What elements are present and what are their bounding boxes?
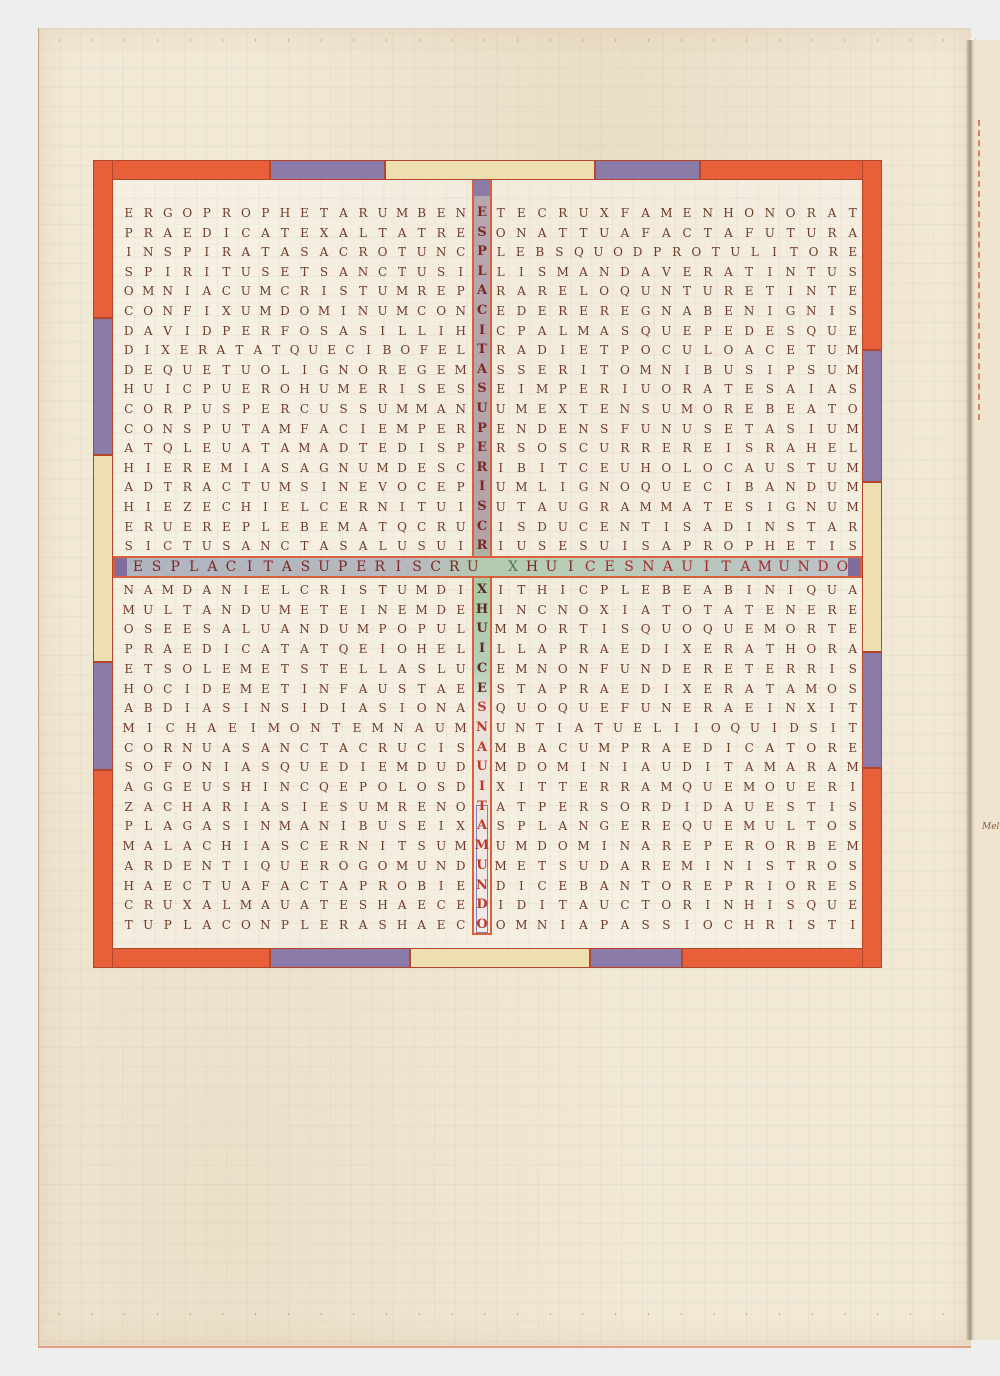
grid-letter: U [412,856,431,876]
grid-letter: L [158,600,177,620]
grid-letter: E [615,301,634,321]
grid-letter: A [657,536,676,556]
grid-letter: A [353,536,372,556]
grid-letter: R [636,738,655,758]
grid-letter: T [843,718,862,738]
grid-letter: E [739,281,758,301]
grid-letter: L [139,816,158,836]
grid-letter: U [139,600,158,620]
grid-letter: N [781,600,800,620]
grid-letter: R [574,797,593,817]
grid-letter: L [158,836,177,856]
grid-letter: L [532,816,551,836]
grid-letter: O [574,600,593,620]
grid-letter: E [256,659,275,679]
grid-letter: S [451,738,470,758]
grid-letter: R [158,399,177,419]
grid-letter: G [158,203,177,223]
grid-letter: A [197,281,216,301]
grid-letter: A [256,223,275,243]
grid-letter: E [574,777,593,797]
grid-letter: T [843,698,862,718]
inscription-letter: S [295,556,315,578]
grid-letter: A [334,203,353,223]
grid-letter: M [373,797,392,817]
cross-letter: I [472,777,492,797]
grid-letter: A [295,639,314,659]
grid-letter: A [334,223,353,243]
grid-letter: E [178,856,197,876]
grid-letter: F [615,203,634,223]
grid-letter: E [843,242,862,262]
grid-letter: U [822,360,841,380]
grid-letter: E [334,497,353,517]
grid-letter: R [719,639,738,659]
grid-letter: I [822,659,841,679]
grid-letter: C [295,836,314,856]
grid-letter: A [256,419,275,439]
grid-letter: E [677,738,696,758]
grid-letter: N [574,816,593,836]
grid-letter: E [677,203,696,223]
grid-letter: E [574,340,593,360]
grid-letter: S [275,797,294,817]
grid-letter: U [236,360,255,380]
grid-letter: R [256,321,275,341]
grid-letter: D [615,262,634,282]
grid-letter: L [491,242,510,262]
grid-letter: A [615,223,634,243]
grid-letter: E [677,262,696,282]
grid-letter: I [760,895,779,915]
grid-letter: R [667,242,686,262]
grid-letter: A [719,600,738,620]
grid-letter: U [822,340,841,360]
grid-letter: L [178,915,197,935]
grid-letter: F [739,223,758,243]
grid-letter: L [353,223,372,243]
grid-letter: D [628,242,647,262]
inscription-letter: A [202,556,222,578]
grid-letter: M [677,399,696,419]
grid-letter: D [197,223,216,243]
frame-left-red [93,160,113,318]
grid-letter: S [392,816,411,836]
grid-letter: I [698,895,717,915]
grid-letter: E [491,379,510,399]
grid-letter: N [451,399,470,419]
grid-letter: A [553,816,572,836]
grid-letter: I [217,223,236,243]
inscription-letter: C [221,556,241,578]
grid-letter: S [197,619,216,639]
grid-letter: D [314,698,333,718]
grid-letter: I [760,698,779,718]
grid-letter: A [275,876,294,896]
grid-letter: T [760,281,779,301]
grid-letter: E [512,203,531,223]
grid-letter: A [595,876,614,896]
grid-letter: I [431,321,450,341]
grid-letter: I [550,718,569,738]
grid-letter: O [687,242,706,262]
grid-letter: D [657,797,676,817]
grid-letter: R [822,738,841,758]
grid-letter: R [158,738,177,758]
grid-letter: A [139,836,158,856]
grid-letter: Q [636,477,655,497]
grid-letter: E [512,856,531,876]
grid-letter: D [719,517,738,537]
grid-letter: I [197,301,216,321]
grid-letter: E [451,223,470,243]
grid-letter: G [574,497,593,517]
grid-letter: U [178,360,197,380]
grid-letter: I [781,915,800,935]
grid-letter: O [396,340,415,360]
grid-letter: S [843,876,862,896]
grid-letter: S [334,281,353,301]
grid-letter: S [412,379,431,399]
grid-letter: S [275,458,294,478]
grid-letter: B [353,816,372,836]
grid-letter: R [373,379,392,399]
frame-right-red [862,160,882,350]
grid-letter: E [217,679,236,699]
grid-letter: U [256,600,275,620]
adjacent-page-text: Mel [982,820,998,834]
grid-letter: R [295,281,314,301]
grid-letter: I [739,580,758,600]
grid-letter: F [615,419,634,439]
grid-letter: A [739,340,758,360]
grid-letter: U [451,517,470,537]
grid-letter: E [314,517,333,537]
grid-letter: A [781,679,800,699]
grid-letter: A [217,738,236,758]
grid-letter: F [275,321,294,341]
grid-letter: I [677,915,696,935]
grid-letter: M [760,619,779,639]
grid-letter: S [217,816,236,836]
grid-letter: C [119,895,138,915]
grid-letter: L [512,639,531,659]
grid-letter: F [256,876,275,896]
grid-letter: M [353,619,372,639]
grid-letter: O [698,458,717,478]
grid-letter: T [353,438,372,458]
grid-letter: P [197,379,216,399]
grid-letter: I [739,856,758,876]
grid-letter: U [760,816,779,836]
grid-letter: R [698,262,717,282]
grid-letter: A [139,580,158,600]
grid-letter: P [119,816,138,836]
grid-letter: L [843,438,862,458]
grid-letter: C [119,301,138,321]
grid-letter: C [119,738,138,758]
grid-letter: V [158,321,177,341]
grid-letter: D [698,797,717,817]
grid-letter: D [491,876,510,896]
grid-letter: A [119,698,138,718]
grid-letter: U [657,399,676,419]
grid-letter: O [706,718,725,738]
grid-letter: I [822,301,841,321]
grid-letter: E [392,360,411,380]
grid-letter: Q [726,718,745,738]
grid-letter: U [236,262,255,282]
grid-letter: X [595,203,614,223]
grid-letter: S [217,536,236,556]
grid-letter: U [217,379,236,399]
grid-letter: P [615,340,634,360]
grid-letter: A [295,816,314,836]
grid-letter: I [178,321,197,341]
grid-letter: S [843,856,862,876]
grid-letter: H [119,458,138,478]
grid-letter: R [802,659,821,679]
grid-letter: I [491,600,510,620]
grid-letter: E [677,698,696,718]
grid-letter: B [412,203,431,223]
grid-letter: H [295,379,314,399]
grid-letter: E [373,419,392,439]
grid-letter: R [822,223,841,243]
grid-letter: M [657,777,676,797]
grid-letter: A [256,639,275,659]
grid-letter: L [451,619,470,639]
cross-letter: M [472,836,492,856]
grid-letter: C [119,399,138,419]
grid-letter: E [739,399,758,419]
grid-letter: S [491,360,510,380]
grid-letter: E [553,419,572,439]
grid-letter: C [719,458,738,478]
grid-letter: E [223,718,242,738]
grid-letter: S [781,321,800,341]
frame-left-cream [93,455,113,662]
grid-letter: R [491,281,510,301]
grid-letter: C [491,321,510,341]
cross-letter: U [472,399,492,419]
grid-letter: A [657,223,676,243]
grid-letter: A [843,580,862,600]
grid-letter: I [139,536,158,556]
grid-letter: N [595,477,614,497]
grid-letter: E [636,580,655,600]
grid-letter: I [431,738,450,758]
grid-letter: M [574,321,593,341]
grid-letter: S [491,679,510,699]
grid-letter: D [698,738,717,758]
grid-letter: D [451,757,470,777]
grid-letter: C [739,738,758,758]
grid-letter: M [392,419,411,439]
grid-letter: A [256,797,275,817]
grid-letter: E [295,203,314,223]
grid-letter: T [822,399,841,419]
grid-letter: O [739,203,758,223]
grid-letter: N [389,718,408,738]
grid-letter: U [781,777,800,797]
grid-letter: U [636,698,655,718]
grid-letter: E [760,321,779,341]
grid-letter: I [119,242,138,262]
grid-letter: O [392,876,411,896]
cross-letter: C [472,659,492,679]
grid-letter: O [353,360,372,380]
grid-letter: E [719,836,738,856]
adjacent-red-decoration [978,120,990,420]
grid-letter: A [636,777,655,797]
grid-letter: S [781,797,800,817]
grid-letter: P [119,223,138,243]
grid-letter: S [843,379,862,399]
grid-letter: R [193,340,212,360]
grid-letter: E [657,816,676,836]
grid-letter: D [119,340,138,360]
grid-letter: O [804,242,823,262]
grid-letter: R [553,619,572,639]
frame-bottom-red [93,948,270,968]
grid-letter: T [595,360,614,380]
grid-letter: S [491,816,510,836]
grid-letter: N [197,856,216,876]
grid-letter: L [431,659,450,679]
grid-letter: S [804,718,823,738]
grid-letter: U [256,619,275,639]
grid-letter: S [119,536,138,556]
grid-letter: S [657,915,676,935]
grid-letter: E [236,321,255,341]
grid-letter: X [802,698,821,718]
grid-letter: R [781,659,800,679]
grid-letter: C [373,262,392,282]
grid-letter: P [178,242,197,262]
grid-letter: A [532,639,551,659]
inscription-letter: I [388,556,408,578]
grid-letter: E [595,517,614,537]
grid-letter: N [451,203,470,223]
grid-letter: A [119,777,138,797]
grid-letter: U [431,757,450,777]
grid-letter: A [719,223,738,243]
grid-letter: P [615,738,634,758]
grid-letter: T [822,281,841,301]
grid-letter: S [781,419,800,439]
grid-letter: L [412,321,431,341]
grid-letter: G [636,301,655,321]
grid-letter: E [314,915,333,935]
grid-letter: U [822,477,841,497]
grid-letter: I [822,797,841,817]
grid-letter: D [739,321,758,341]
grid-letter: M [119,600,138,620]
grid-letter: U [334,619,353,639]
grid-letter: E [275,262,294,282]
grid-letter: E [698,639,717,659]
grid-letter: S [550,242,569,262]
grid-letter: R [139,203,158,223]
grid-letter: Q [802,580,821,600]
grid-letter: M [843,419,862,439]
grid-letter: O [285,718,304,738]
grid-letter: U [657,619,676,639]
grid-letter: I [353,600,372,620]
grid-letter: D [431,580,450,600]
grid-letter: B [512,738,531,758]
grid-letter: D [158,698,177,718]
grid-letter: T [392,242,411,262]
grid-letter: S [451,379,470,399]
grid-letter: N [511,718,530,738]
grid-letter: S [636,399,655,419]
grid-letter: R [532,281,551,301]
frame-top-red [700,160,880,180]
grid-letter: Z [178,497,197,517]
grid-letter: R [392,797,411,817]
grid-letter: C [178,379,197,399]
grid-letter: P [451,281,470,301]
grid-letter: E [451,876,470,896]
grid-letter: L [275,580,294,600]
grid-letter: H [781,639,800,659]
grid-letter: A [236,757,255,777]
grid-letter: E [392,600,411,620]
grid-letter: X [178,895,197,915]
grid-letter: B [295,517,314,537]
grid-letter: T [412,679,431,699]
grid-letter: S [178,419,197,439]
grid-letter: I [491,458,510,478]
grid-letter: R [491,340,510,360]
grid-letter: Q [553,698,572,718]
grid-letter: L [295,915,314,935]
grid-letter: I [574,757,593,777]
grid-letter: T [760,639,779,659]
grid-letter: R [739,836,758,856]
grid-letter: P [217,321,236,341]
grid-letter: C [698,477,717,497]
grid-letter: O [553,659,572,679]
grid-letter: T [139,438,158,458]
grid-letter: E [491,659,510,679]
grid-letter: S [843,816,862,836]
cross-letter: I [472,321,492,341]
grid-letter: S [353,895,372,915]
grid-letter: C [451,915,470,935]
grid-letter: E [843,321,862,341]
grid-letter: E [174,340,193,360]
grid-letter: T [275,679,294,699]
grid-letter: M [295,438,314,458]
grid-letter: I [615,536,634,556]
grid-letter: S [636,536,655,556]
grid-letter: N [657,281,676,301]
grid-letter: N [595,262,614,282]
grid-letter: A [739,757,758,777]
grid-letter: N [373,600,392,620]
grid-letter: E [431,203,450,223]
grid-letter: I [295,360,314,380]
grid-letter: T [256,438,275,458]
grid-letter: S [615,619,634,639]
grid-letter: U [197,399,216,419]
grid-letter: O [657,379,676,399]
grid-letter: U [822,580,841,600]
grid-letter: A [636,600,655,620]
